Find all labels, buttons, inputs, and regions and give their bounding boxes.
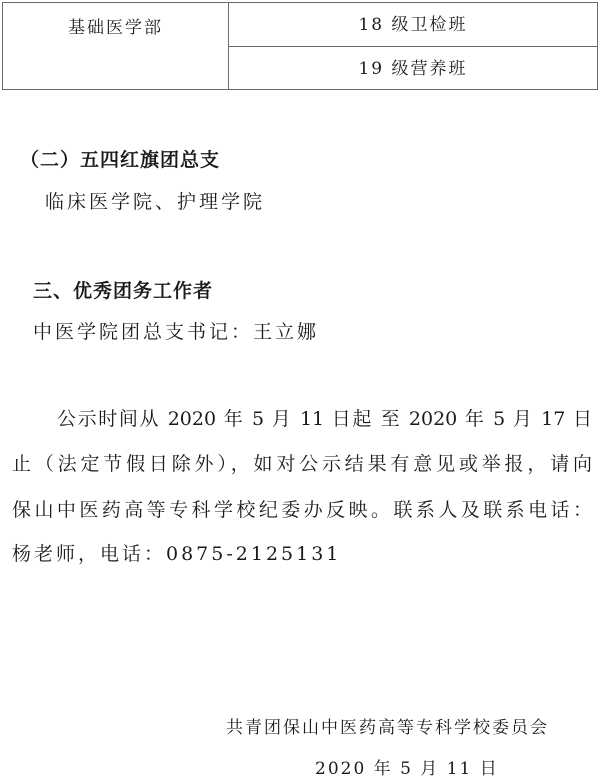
signature-date: 2020 年 5 月 11 日 <box>315 754 499 779</box>
notice-line: 杨老师，电话：0875-2125131 <box>12 539 592 566</box>
notice-line: 保山中医药高等专科学校纪委办反映。联系人及联系电话： <box>12 495 592 522</box>
notice-line: 止（法定节假日除外），如对公示结果有意见或举报，请向 <box>12 449 592 476</box>
class-cell: 18 级卫检班 <box>229 3 597 47</box>
signature-organization: 共青团保山中医药高等专科学校委员会 <box>226 713 549 738</box>
section-three-content: 中医学院团总支书记：王立娜 <box>33 317 319 344</box>
award-table: 基础医学部 18 级卫检班 19 级营养班 <box>2 2 598 90</box>
notice-line: 公示时间从 2020 年 5 月 11 日起 至 2020 年 5 月 17 日 <box>57 404 592 431</box>
section-two-heading: （二）五四红旗团总支 <box>20 145 220 172</box>
section-two-content: 临床医学院、护理学院 <box>45 187 265 214</box>
class-cell: 19 级营养班 <box>229 47 597 91</box>
section-three-heading: 三、优秀团务工作者 <box>33 276 213 303</box>
department-cell: 基础医学部 <box>3 3 229 89</box>
